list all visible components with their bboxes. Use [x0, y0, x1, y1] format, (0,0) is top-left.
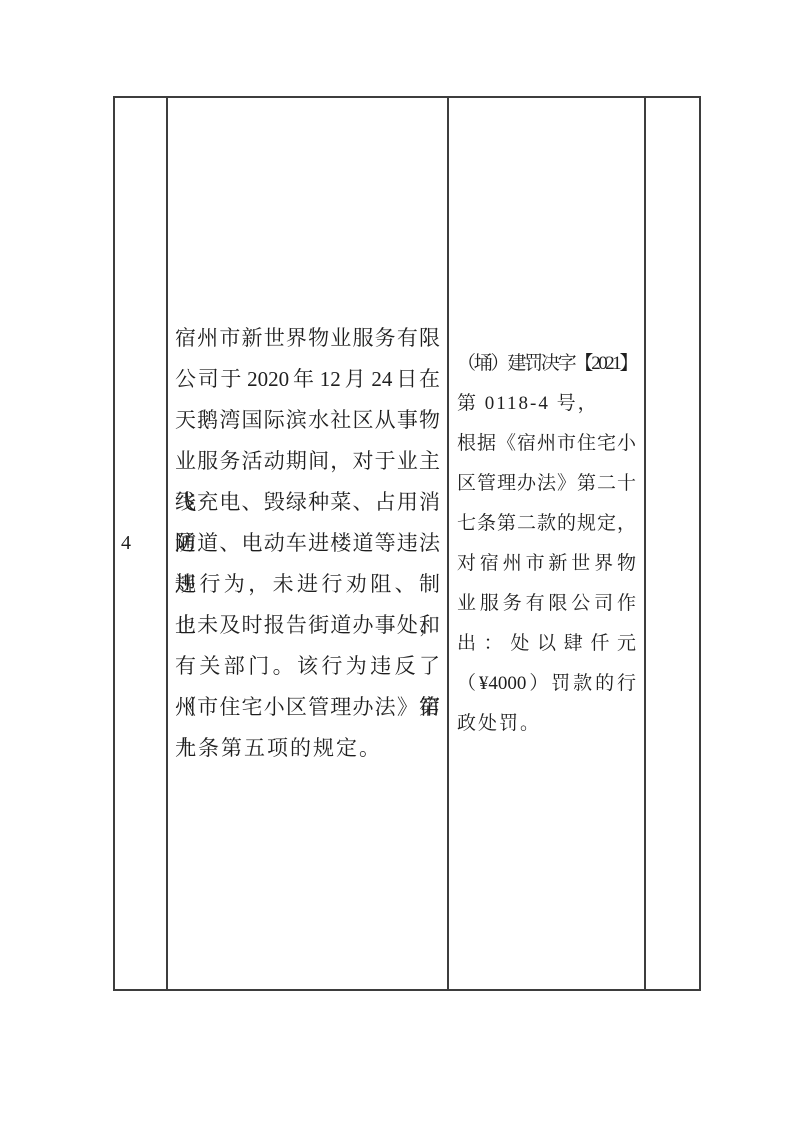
text-line: 有关部门。该行为违反了《宿	[175, 646, 440, 687]
text-line: 线充电、毁绿种菜、占用消防	[175, 482, 440, 523]
text-line: 七条第二款的规定，	[457, 504, 636, 544]
text-line: 州市住宅小区管理办法》第十	[175, 687, 440, 728]
text-line: 宿州市新世界物业服务有限	[175, 318, 440, 359]
violation-description-cell: 宿州市新世界物业服务有限公司于 2020 年 12 月 24 日在天鹅湾国际滨水…	[168, 98, 449, 989]
text-line: 区管理办法》第二十	[457, 464, 636, 504]
text-line: （¥4000）罚款的行	[457, 664, 636, 704]
row-number: 4	[121, 532, 131, 555]
text-line: 根据《宿州市住宅小	[457, 424, 636, 464]
text-line: 业服务有限公司作	[457, 584, 636, 624]
text-line: 规行为，未进行劝阻、制止，	[175, 564, 440, 605]
text-line: （埇）建罚决字【2021】	[457, 344, 636, 384]
penalty-decision-cell: （埇）建罚决字【2021】第 0118-4 号，根据《宿州市住宅小区管理办法》第…	[449, 98, 646, 989]
document-page: 4 宿州市新世界物业服务有限公司于 2020 年 12 月 24 日在天鹅湾国际…	[0, 0, 793, 1122]
text-line: 第 0118-4 号，	[457, 384, 636, 424]
text-line: 对宿州市新世界物	[457, 544, 636, 584]
text-line: 九条第五项的规定。	[175, 728, 440, 769]
empty-cell	[646, 98, 699, 989]
text-line: 天鹅湾国际滨水社区从事物	[175, 400, 440, 441]
text-line: 通道、电动车进楼道等违法违	[175, 523, 440, 564]
row-number-cell: 4	[115, 98, 168, 989]
text-line: 出：处以肆仟元	[457, 624, 636, 664]
text-line: 也未及时报告街道办事处和	[175, 605, 440, 646]
text-line: 公司于 2020 年 12 月 24 日在	[175, 359, 440, 400]
text-line: 政处罚。	[457, 704, 636, 744]
penalty-table: 4 宿州市新世界物业服务有限公司于 2020 年 12 月 24 日在天鹅湾国际…	[113, 96, 701, 991]
text-line: 业服务活动期间，对于业主飞	[175, 441, 440, 482]
